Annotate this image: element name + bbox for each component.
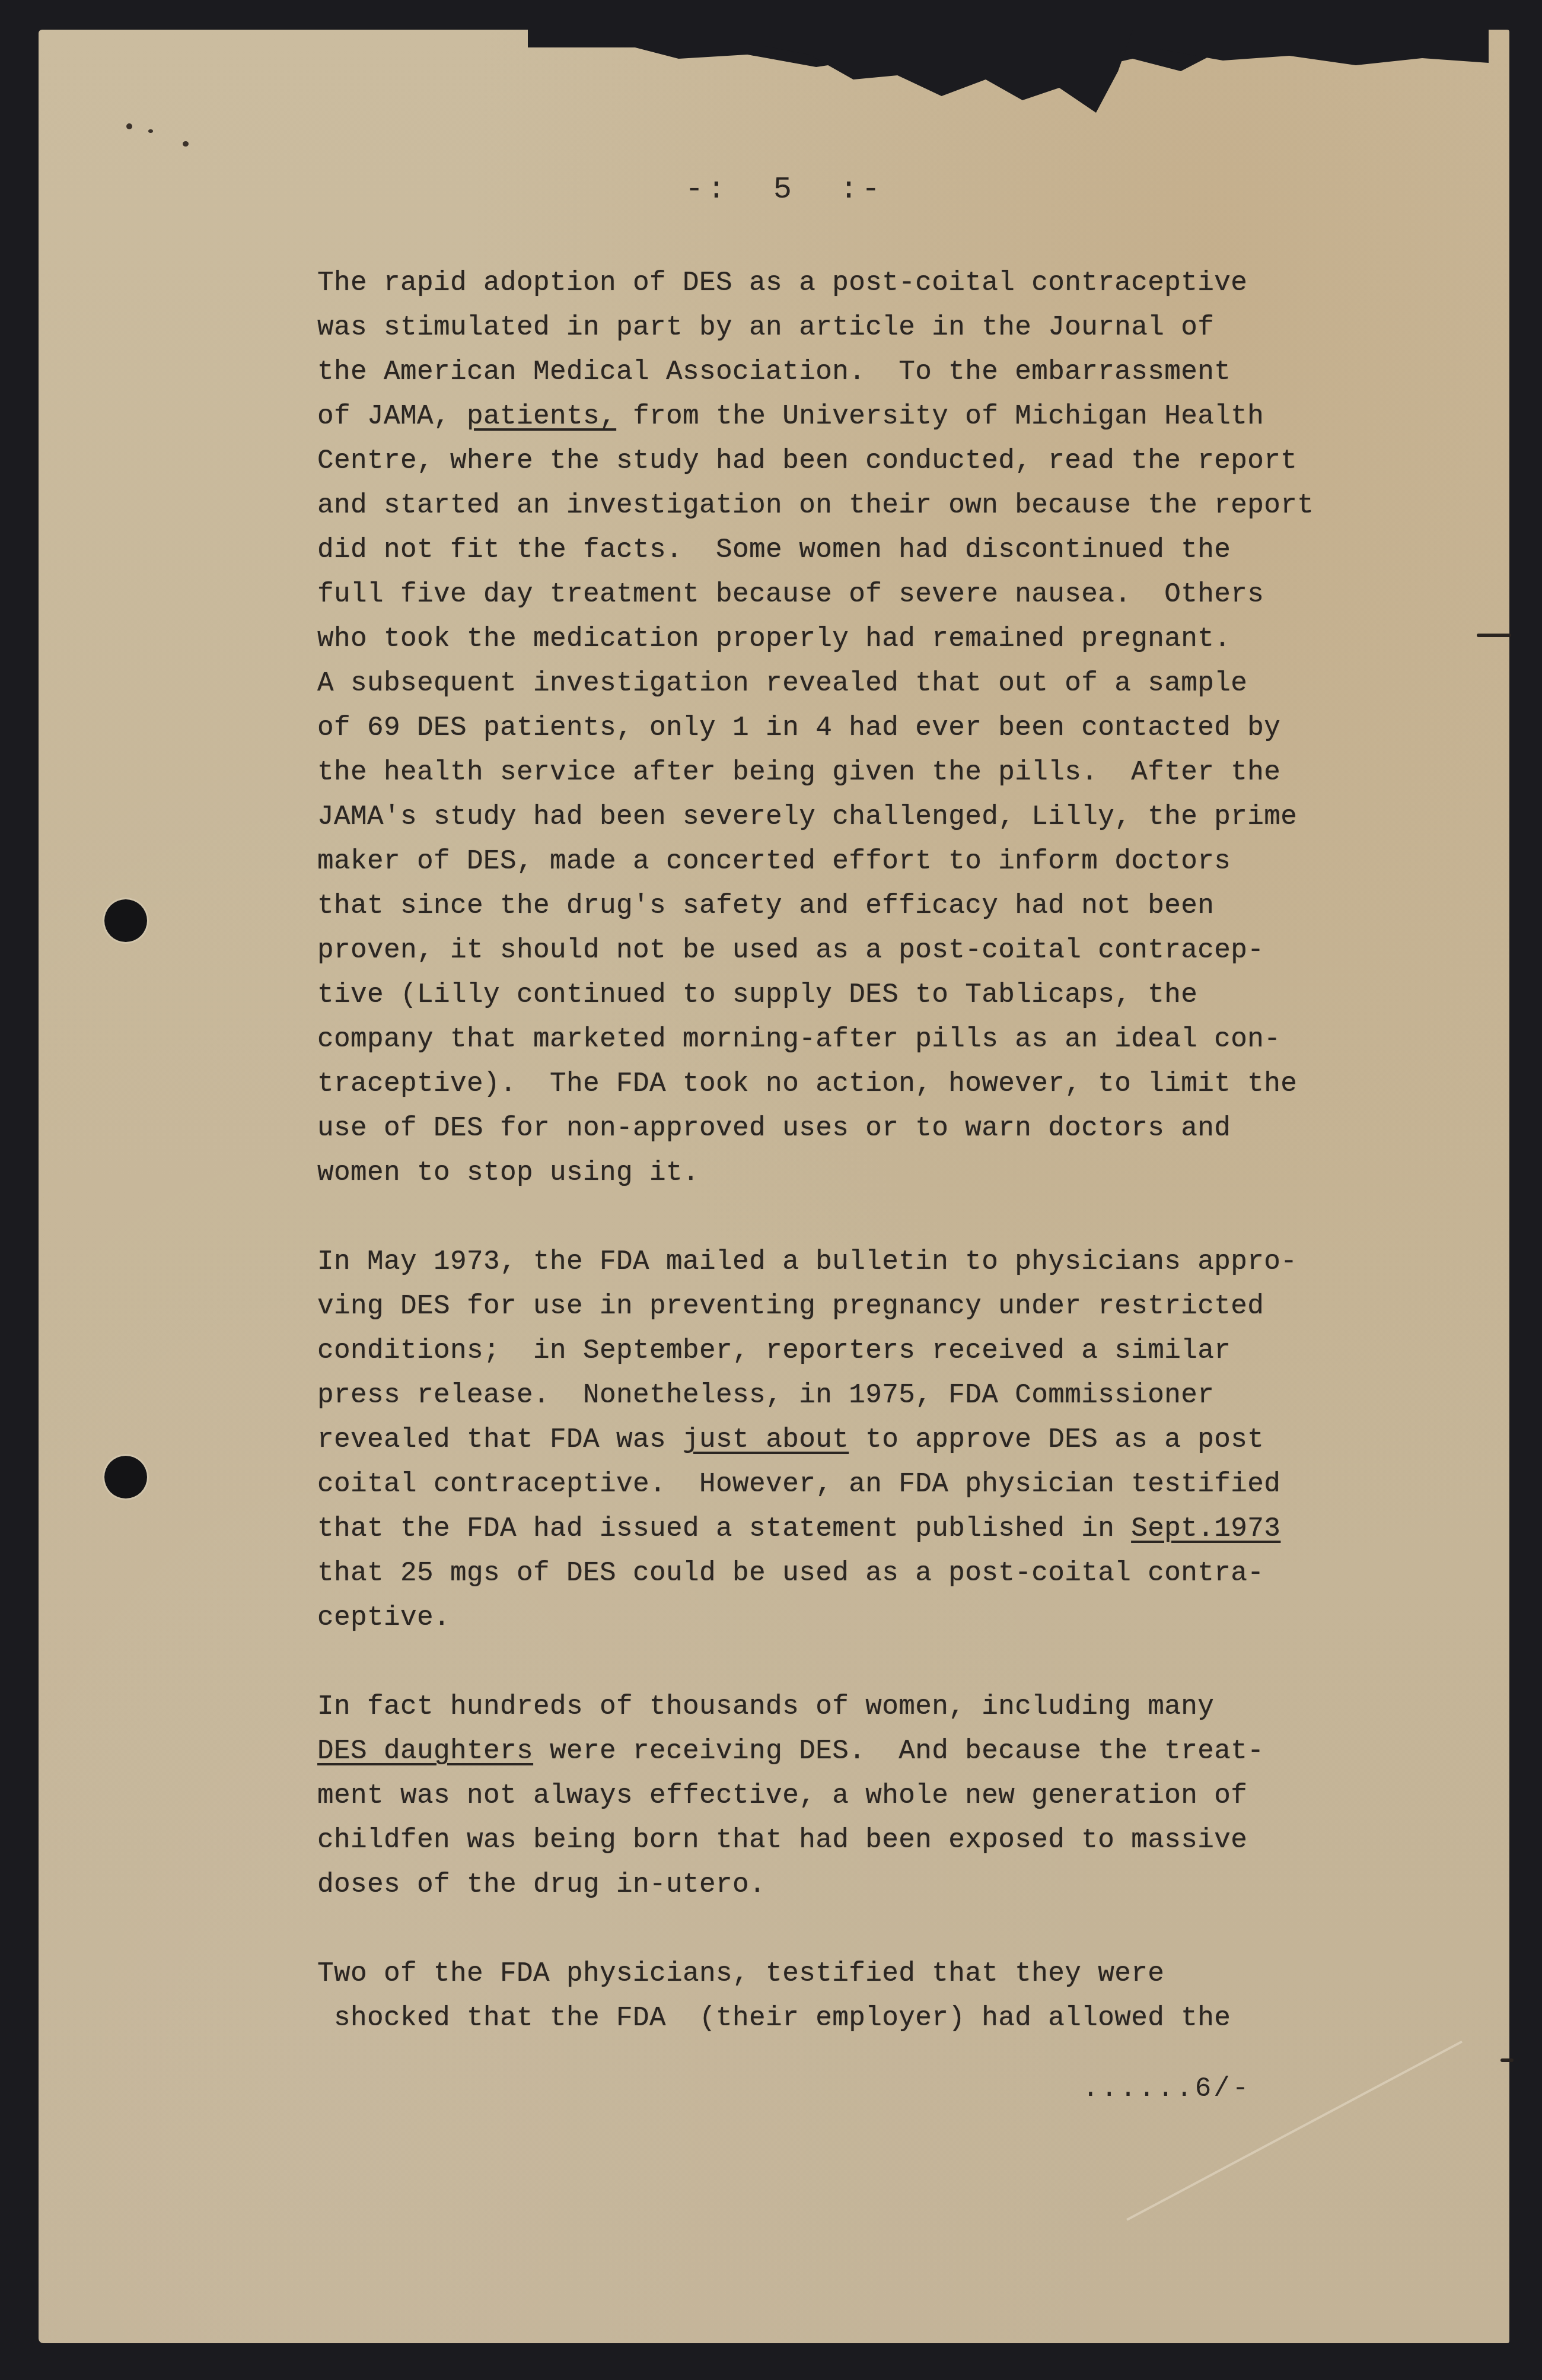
text-segment: of JAMA, <box>317 401 467 432</box>
text-segment: to approve DES as a post <box>849 1424 1264 1455</box>
text-line: company that marketed morning-after pill… <box>317 1017 1314 1062</box>
text-line: The rapid adoption of DES as a post-coit… <box>317 261 1314 306</box>
text-line: full five day treatment because of sever… <box>317 572 1314 617</box>
text-line: use of DES for non-approved uses or to w… <box>317 1106 1314 1151</box>
text-line: press release. Nonetheless, in 1975, FDA… <box>317 1373 1314 1418</box>
underlined-text: Sept.1973 <box>1131 1513 1280 1544</box>
text-line: JAMA's study had been severely challenge… <box>317 795 1314 839</box>
page-number-header: -: 5 :- <box>685 172 884 207</box>
ink-speck <box>183 141 189 147</box>
text-line: doses of the drug in-utero. <box>317 1863 1314 1907</box>
text-line: In May 1973, the FDA mailed a bulletin t… <box>317 1240 1314 1284</box>
text-line: maker of DES, made a concerted effort to… <box>317 839 1314 884</box>
document-body: The rapid adoption of DES as a post-coit… <box>317 261 1314 2041</box>
punch-hole-icon <box>104 1456 147 1498</box>
paragraph: In May 1973, the FDA mailed a bulletin t… <box>317 1240 1314 1640</box>
paragraph: In fact hundreds of thousands of women, … <box>317 1685 1314 1907</box>
text-line: that since the drug's safety and efficac… <box>317 884 1314 928</box>
text-line: DES daughters were receiving DES. And be… <box>317 1729 1314 1774</box>
text-line: the American Medical Association. To the… <box>317 350 1314 394</box>
text-line: did not fit the facts. Some women had di… <box>317 528 1314 572</box>
text-line: conditions; in September, reporters rece… <box>317 1329 1314 1373</box>
text-line: In fact hundreds of thousands of women, … <box>317 1685 1314 1729</box>
punch-hole-icon <box>104 899 147 942</box>
text-segment: were receiving DES. And because the trea… <box>533 1736 1264 1767</box>
text-line: ceptive. <box>317 1596 1314 1640</box>
text-line: of JAMA, patients, from the University o… <box>317 394 1314 439</box>
paragraph: The rapid adoption of DES as a post-coit… <box>317 261 1314 1195</box>
text-line: shocked that the FDA (their employer) ha… <box>317 1996 1314 2041</box>
text-line: of 69 DES patients, only 1 in 4 had ever… <box>317 706 1314 750</box>
text-line: ment was not always effective, a whole n… <box>317 1774 1314 1818</box>
text-segment: revealed that FDA was <box>317 1424 683 1455</box>
text-line: revealed that FDA was just about to appr… <box>317 1418 1314 1462</box>
text-line: was stimulated in part by an article in … <box>317 306 1314 350</box>
text-line: Two of the FDA physicians, testified tha… <box>317 1952 1314 1996</box>
underlined-text: DES daughters <box>317 1736 533 1767</box>
text-line: tive (Lilly continued to supply DES to T… <box>317 973 1314 1017</box>
text-line: that 25 mgs of DES could be used as a po… <box>317 1551 1314 1596</box>
underlined-text: just about <box>683 1424 849 1455</box>
text-line: Centre, where the study had been conduct… <box>317 439 1314 483</box>
text-line: ving DES for use in preventing pregnancy… <box>317 1284 1314 1329</box>
text-line: proven, it should not be used as a post-… <box>317 928 1314 973</box>
ink-speck <box>148 129 153 133</box>
continuation-marker: ......6/- <box>1082 2073 1251 2104</box>
underlined-text: patients, <box>467 401 616 432</box>
text-line: the health service after being given the… <box>317 750 1314 795</box>
text-line: who took the medication properly had rem… <box>317 617 1314 661</box>
edge-mark <box>1500 2058 1514 2062</box>
text-line: and started an investigation on their ow… <box>317 483 1314 528</box>
text-line: coital contraceptive. However, an FDA ph… <box>317 1462 1314 1507</box>
text-segment: that the FDA had issued a statement publ… <box>317 1513 1131 1544</box>
text-line: that the FDA had issued a statement publ… <box>317 1507 1314 1551</box>
paragraph: Two of the FDA physicians, testified tha… <box>317 1952 1314 2041</box>
text-line: childfen was being born that had been ex… <box>317 1818 1314 1863</box>
text-line: traceptive). The FDA took no action, how… <box>317 1062 1314 1106</box>
text-line: women to stop using it. <box>317 1151 1314 1195</box>
edge-mark <box>1477 634 1511 637</box>
text-line: A subsequent investigation revealed that… <box>317 661 1314 706</box>
ink-speck <box>126 123 132 129</box>
text-segment: from the University of Michigan Health <box>616 401 1264 432</box>
